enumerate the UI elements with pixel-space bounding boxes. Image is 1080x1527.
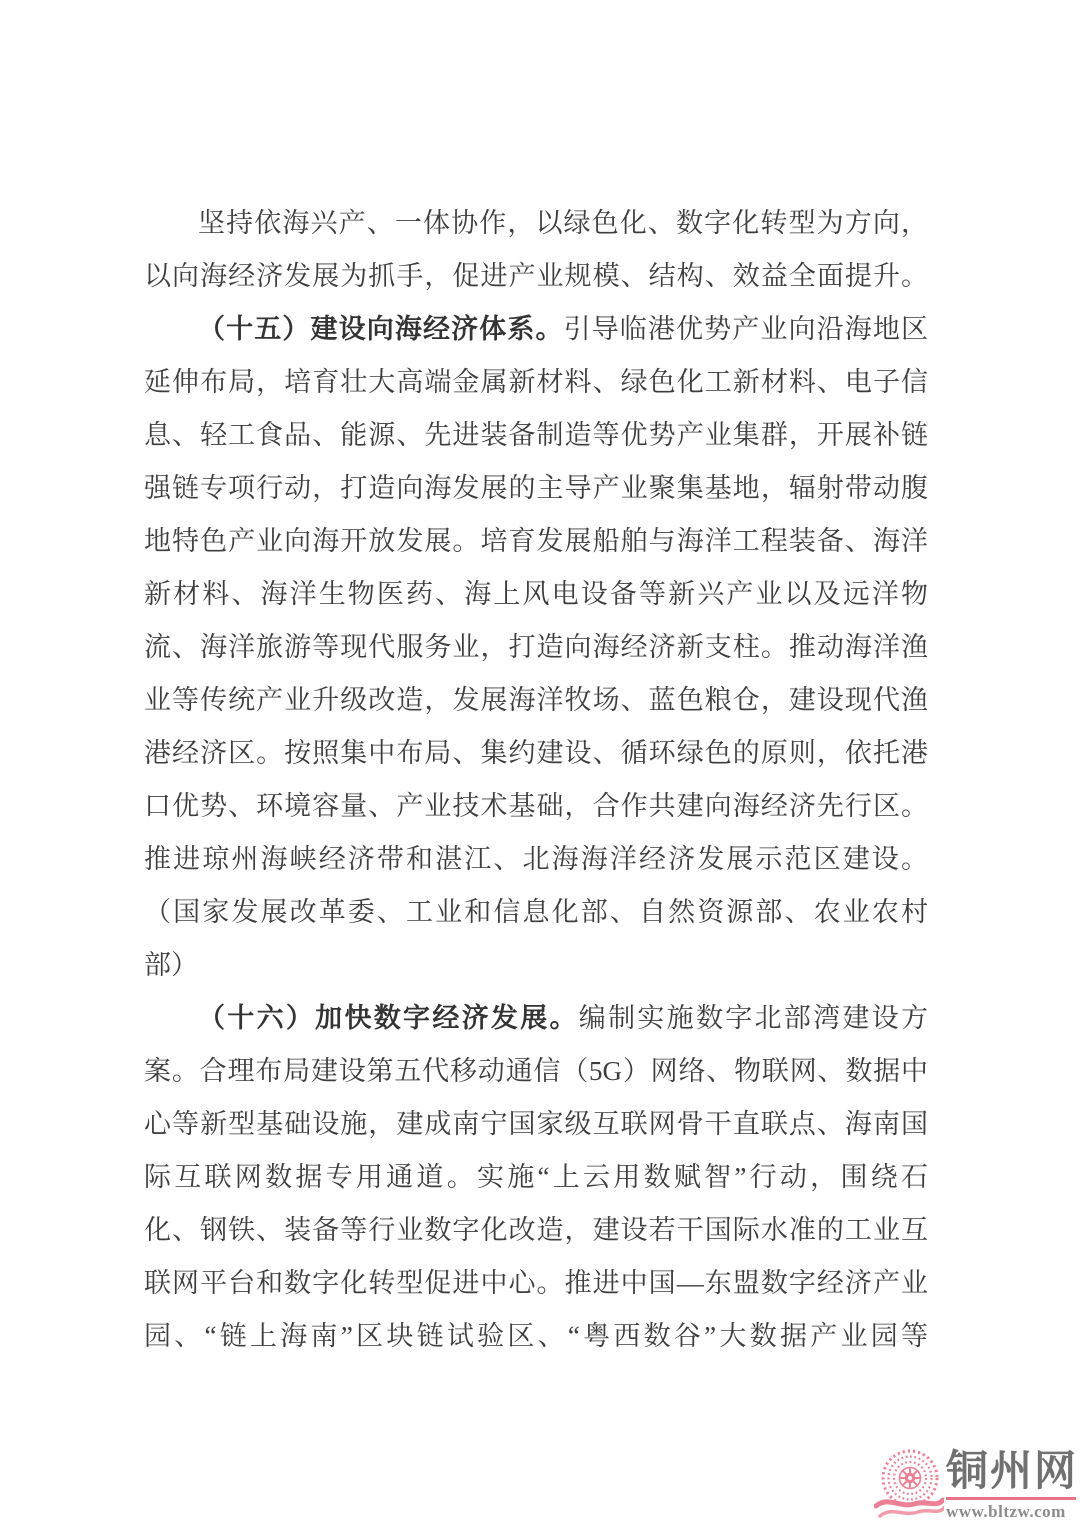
watermark-divider [946,1497,1076,1500]
body-text: 流、海洋旅游等现代服务业，打造向海经济新支柱。推动海洋渔 [144,632,928,662]
body-text: 息、轻工食品、能源、先进装备制造等优势产业集群，开展补链 [144,420,928,450]
document-line: 园、“链上海南”区块链试验区、“粤西数谷”大数据产业园等 [144,1310,928,1363]
body-text: 部） [144,950,198,980]
document-body: 坚持依海兴产、一体协作，以绿色化、数字化转型为方向，以向海经济发展为抓手，促进产… [144,197,928,1363]
body-text: 联网平台和数字化转型促进中心。推进中国—东盟数字经济产业 [144,1268,928,1298]
body-text: 推进琼州海峡经济带和湛江、北海海洋经济发展示范区建设。 [144,844,928,874]
document-line: 新材料、海洋生物医药、海上风电设备等新兴产业以及远洋物 [144,568,928,621]
body-text: 引导临港优势产业向沿海地区 [564,314,928,344]
document-line: 化、钢铁、装备等行业数字化改造，建设若干国际水准的工业互 [144,1204,928,1257]
document-line: （国家发展改革委、工业和信息化部、自然资源部、农业农村 [144,886,928,939]
body-text: 园、“链上海南”区块链试验区、“粤西数谷”大数据产业园等 [144,1321,928,1351]
bronze-drum-seal-icon [874,1448,944,1522]
site-watermark: 铜州网 www.bltzw.com [874,1448,1078,1522]
document-page: 坚持依海兴产、一体协作，以绿色化、数字化转型为方向，以向海经济发展为抓手，促进产… [0,0,1080,1527]
body-text: 口优势、环境容量、产业技术基础，合作共建向海经济先行区。 [144,791,928,821]
body-text: 编制实施数字北部湾建设方 [579,1003,928,1033]
document-line: 业等传统产业升级改造，发展海洋牧场、蓝色粮仓，建设现代渔 [144,674,928,727]
document-line: 坚持依海兴产、一体协作，以绿色化、数字化转型为方向， [144,197,928,250]
document-line: 港经济区。按照集中布局、集约建设、循环绿色的原则，依托港 [144,727,928,780]
body-text: 以向海经济发展为抓手，促进产业规模、结构、效益全面提升。 [144,261,928,291]
document-line: 际互联网数据专用通道。实施“上云用数赋智”行动，围绕石 [144,1151,928,1204]
document-line: 部） [144,939,928,992]
body-text: 际互联网数据专用通道。实施“上云用数赋智”行动，围绕石 [144,1162,928,1192]
body-text: （国家发展改革委、工业和信息化部、自然资源部、农业农村 [144,897,928,927]
document-line: 案。合理布局建设第五代移动通信（5G）网络、物联网、数据中 [144,1045,928,1098]
body-text: 案。合理布局建设第五代移动通信（5G）网络、物联网、数据中 [144,1056,928,1086]
watermark-text-column: 铜州网 www.bltzw.com [946,1448,1078,1522]
watermark-site-name: 铜州网 [946,1448,1078,1496]
document-line: 强链专项行动，打造向海发展的主导产业聚集基地，辐射带动腹 [144,462,928,515]
body-text: 业等传统产业升级改造，发展海洋牧场、蓝色粮仓，建设现代渔 [144,685,928,715]
document-line: 以向海经济发展为抓手，促进产业规模、结构、效益全面提升。 [144,250,928,303]
document-line: 联网平台和数字化转型促进中心。推进中国—东盟数字经济产业 [144,1257,928,1310]
document-line: 流、海洋旅游等现代服务业，打造向海经济新支柱。推动海洋渔 [144,621,928,674]
document-line: 息、轻工食品、能源、先进装备制造等优势产业集群，开展补链 [144,409,928,462]
body-text: 坚持依海兴产、一体协作，以绿色化、数字化转型为方向， [198,208,928,238]
document-line: （十五）建设向海经济体系。引导临港优势产业向沿海地区 [144,303,928,356]
body-text: 化、钢铁、装备等行业数字化改造，建设若干国际水准的工业互 [144,1215,928,1245]
section-heading: （十五）建设向海经济体系。 [198,314,564,344]
watermark-site-url: www.bltzw.com [946,1502,1078,1522]
body-text: 地特色产业向海开放发展。培育发展船舶与海洋工程装备、海洋 [144,526,928,556]
body-text: 港经济区。按照集中布局、集约建设、循环绿色的原则，依托港 [144,738,928,768]
document-line: 心等新型基础设施，建成南宁国家级互联网骨干直联点、海南国 [144,1098,928,1151]
document-line: 口优势、环境容量、产业技术基础，合作共建向海经济先行区。 [144,780,928,833]
body-text: 强链专项行动，打造向海发展的主导产业聚集基地，辐射带动腹 [144,473,928,503]
body-text: 新材料、海洋生物医药、海上风电设备等新兴产业以及远洋物 [144,579,928,609]
document-line: 延伸布局，培育壮大高端金属新材料、绿色化工新材料、电子信 [144,356,928,409]
document-line: 推进琼州海峡经济带和湛江、北海海洋经济发展示范区建设。 [144,833,928,886]
section-heading: （十六）加快数字经济发展。 [198,1003,579,1033]
document-line: 地特色产业向海开放发展。培育发展船舶与海洋工程装备、海洋 [144,515,928,568]
body-text: 延伸布局，培育壮大高端金属新材料、绿色化工新材料、电子信 [144,367,928,397]
document-line: （十六）加快数字经济发展。编制实施数字北部湾建设方 [144,992,928,1045]
body-text: 心等新型基础设施，建成南宁国家级互联网骨干直联点、海南国 [144,1109,928,1139]
